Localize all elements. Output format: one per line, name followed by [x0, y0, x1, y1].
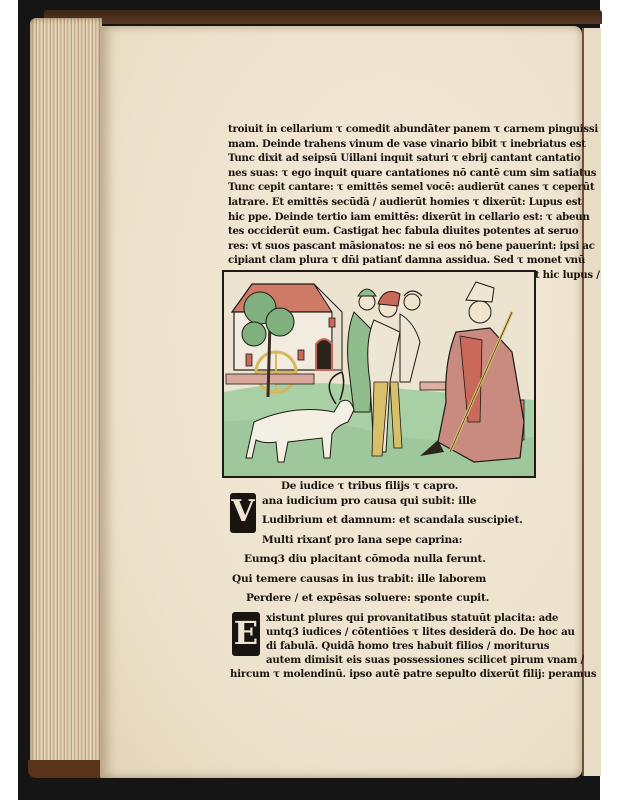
verse-line: ana iudicium pro causa qui subit: ille [262, 495, 476, 507]
text-line: di fabulā. Quidā homo tres habuit filios… [266, 640, 549, 652]
text-line: mam. Deinde trahens vinum de vase vinari… [228, 137, 600, 152]
text-line: troiuit in cellarium τ comedit abundāter… [228, 122, 600, 137]
fable-title: De iudice τ tribus filijs τ capro. [281, 480, 458, 492]
text-line: Tunc dixit ad seipsū Uillani inquit satu… [228, 151, 600, 166]
woodcut-illustration [222, 270, 536, 478]
text-line: tes occiderūt eum. Castigat hec fabula d… [228, 224, 600, 239]
text-line: hircum τ molendinū. ipso autē patre sepu… [230, 668, 596, 680]
book-cover-top-edge [44, 10, 602, 24]
verse-line: Qui temere causas in ius trabit: ille la… [232, 573, 486, 585]
text-line: res: vt suos pascant mãsionatos: ne si e… [228, 239, 600, 254]
woodcut-judge-sons-goat-image [224, 272, 534, 476]
text-line: hic ppe. Deinde tertio iam emittēs: dixe… [228, 210, 600, 225]
book-page-edges [30, 18, 102, 778]
verse-line: Eumq3 diu placitant cōmoda nulla ferunt. [244, 553, 486, 565]
text-line: nes suas: τ ego inquit quare cantationes… [228, 166, 600, 181]
verse-line: Perdere / et expēsas soluere: sponte cup… [246, 592, 489, 604]
text-line: latrare. Et emittēs secūdā / audierūt ho… [228, 195, 600, 210]
verse-line: Multi rixanť pro lana sepe caprina: [262, 534, 462, 546]
book-cover-bottom-edge [28, 760, 108, 778]
decorated-initial-e: E [232, 612, 260, 656]
verse-line: Ludibrium et damnum: et scandala suscipi… [262, 514, 523, 526]
text-line: untq3 iudices / cōtentiōes τ lites desid… [266, 626, 575, 638]
text-line: autem dimisit eis suas possessiones scil… [266, 654, 584, 666]
text-line: cipiant clam plura τ dn̄i patianť damna … [228, 253, 600, 268]
text-line: Tunc cepit cantare: τ emittēs semel vocē… [228, 180, 600, 195]
decorated-initial-v: V [230, 493, 256, 533]
text-line: xistunt plures qui provanitatibus statuū… [266, 612, 558, 624]
